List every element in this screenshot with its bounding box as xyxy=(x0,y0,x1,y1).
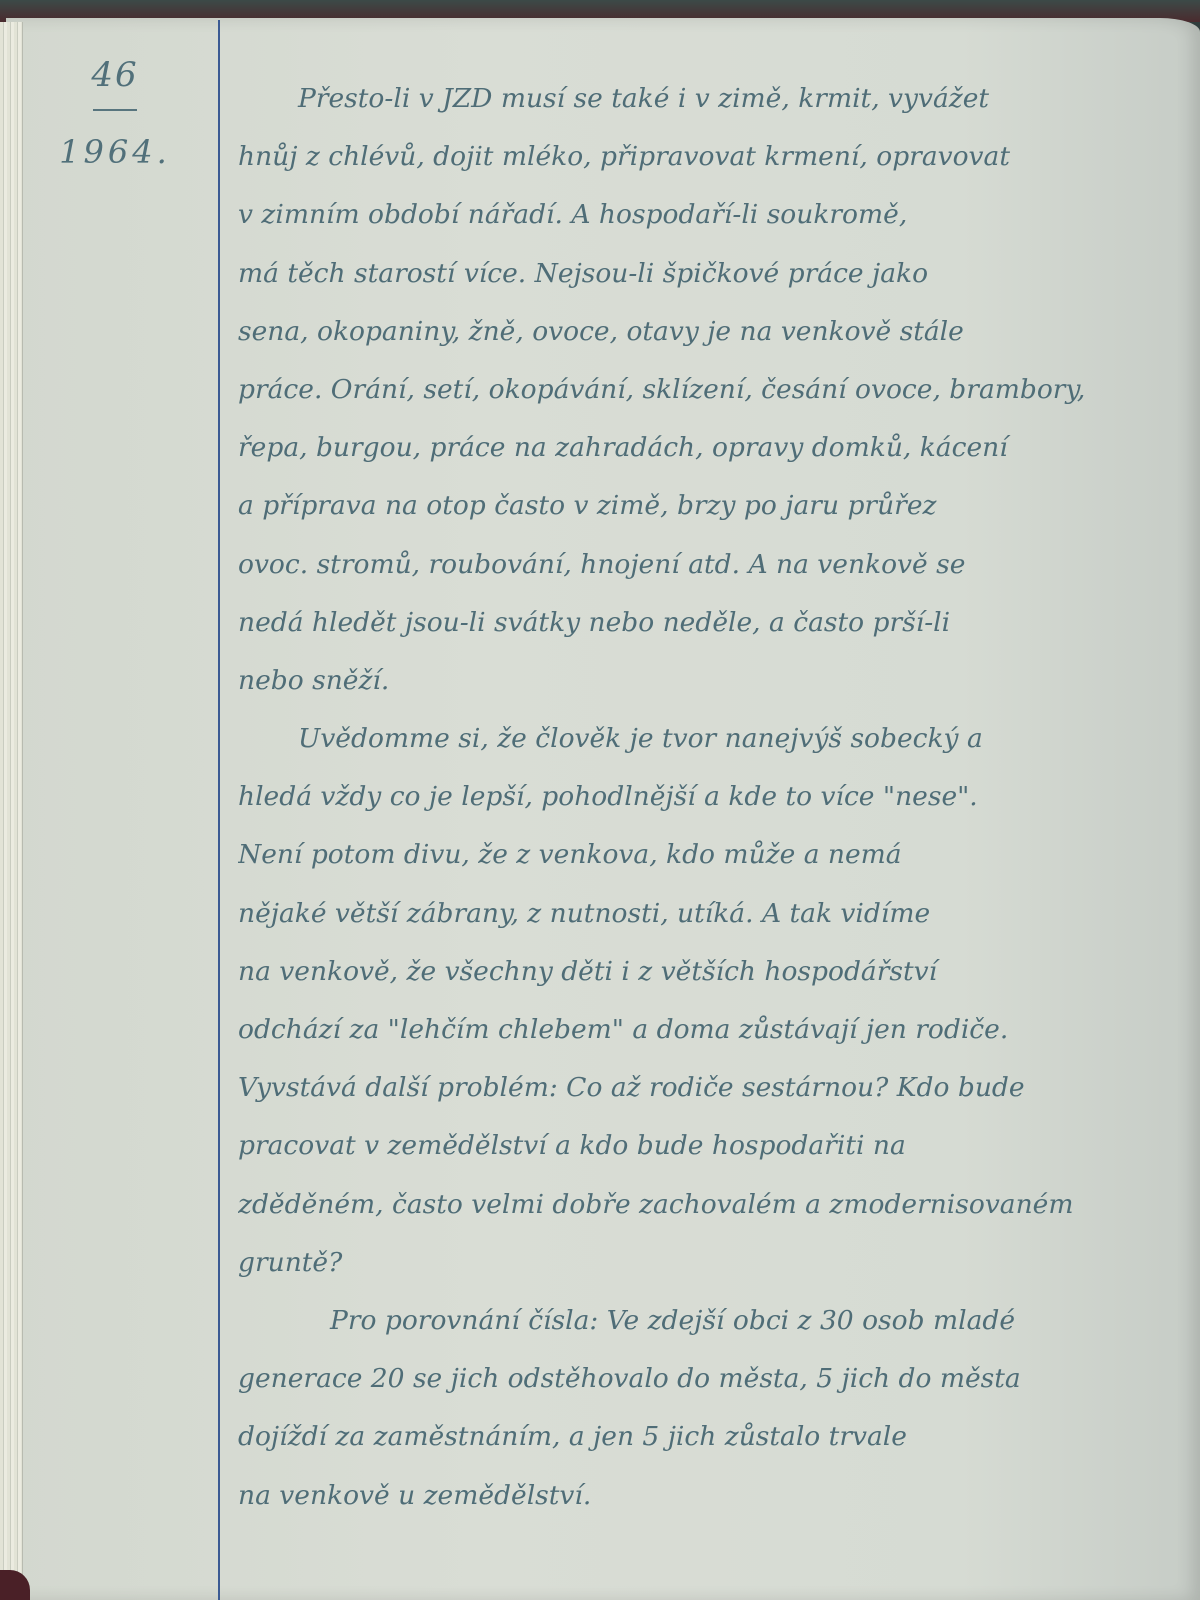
text-line: sena, okopaniny, žně, ovoce, otavy je na… xyxy=(238,303,1168,361)
page-number-underline xyxy=(93,109,137,111)
margin-rule xyxy=(218,20,220,1600)
text-line: hnůj z chlévů, dojit mléko, připravovat … xyxy=(238,128,1168,186)
text-line: nedá hledět jsou-li svátky nebo neděle, … xyxy=(238,594,1168,652)
page-number: 46 xyxy=(40,55,190,95)
text-line: nebo sněží. xyxy=(238,652,1168,710)
text-line: gruntě? xyxy=(238,1234,1168,1292)
text-line: a příprava na otop často v zimě, brzy po… xyxy=(238,477,1168,535)
text-line: hledá vždy co je lepší, pohodlnější a kd… xyxy=(238,768,1168,826)
margin-column: 46 1964. xyxy=(40,55,190,171)
text-line: odchází za "lehčím chlebem" a doma zůstá… xyxy=(238,1001,1168,1059)
text-line: pracovat v zemědělství a kdo bude hospod… xyxy=(238,1117,1168,1175)
page-stack-edges xyxy=(0,22,23,1600)
text-line: nějaké větší zábrany, z nutnosti, utíká.… xyxy=(238,885,1168,943)
year-label: 1964. xyxy=(40,133,190,171)
text-line: Není potom divu, že z venkova, kdo může … xyxy=(238,826,1168,884)
text-line: v zimním období nářadí. A hospodaří-li s… xyxy=(238,186,1168,244)
text-line: ovoc. stromů, roubování, hnojení atd. A … xyxy=(238,536,1168,594)
handwritten-body: Přesto-li v JZD musí se také i v zimě, k… xyxy=(238,70,1168,1525)
text-line: na venkově u zemědělství. xyxy=(238,1467,1168,1525)
text-line: Vyvstává další problém: Co až rodiče ses… xyxy=(238,1059,1168,1117)
text-line: Uvědomme si, že člověk je tvor nanejvýš … xyxy=(238,710,1168,768)
text-line: Přesto-li v JZD musí se také i v zimě, k… xyxy=(238,70,1168,128)
text-line: Pro porovnání čísla: Ve zdejší obci z 30… xyxy=(238,1292,1168,1350)
text-line: řepa, burgou, práce na zahradách, opravy… xyxy=(238,419,1168,477)
text-line: dojíždí za zaměstnáním, a jen 5 jich zůs… xyxy=(238,1408,1168,1466)
text-line: na venkově, že všechny děti i z větších … xyxy=(238,943,1168,1001)
text-line: práce. Orání, setí, okopávání, sklízení,… xyxy=(238,361,1168,419)
text-line: generace 20 se jich odstěhovalo do města… xyxy=(238,1350,1168,1408)
text-line: má těch starostí více. Nejsou-li špičkov… xyxy=(238,245,1168,303)
text-line: zděděném, často velmi dobře zachovalém a… xyxy=(238,1176,1168,1234)
